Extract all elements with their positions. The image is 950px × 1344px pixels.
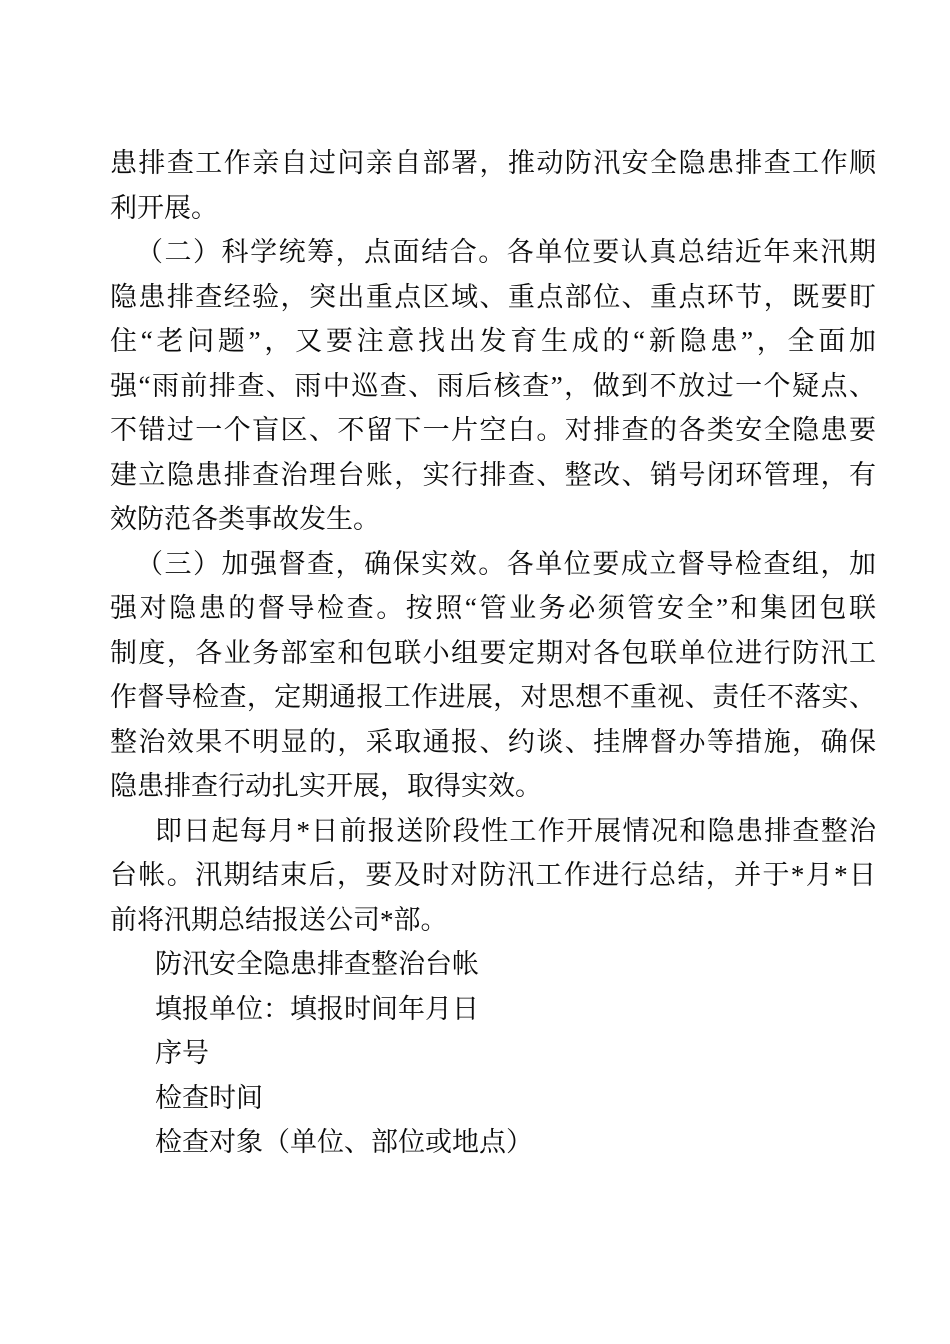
text-line: 效防范各类事故发生。 (110, 497, 876, 542)
text-line: 台帐。汛期结束后，要及时对防汛工作进行总结，并于*月*日 (110, 853, 876, 898)
text-line: 即日起每月*日前报送阶段性工作开展情况和隐患排查整治 (110, 809, 876, 854)
text-line: （三）加强督查，确保实效。各单位要成立督导检查组，加 (110, 542, 876, 587)
text-line: 填报单位：填报时间年月日 (110, 987, 876, 1032)
text-line: 住“老问题”，又要注意找出发育生成的“新隐患”，全面加 (110, 319, 876, 364)
text-line: 隐患排查经验，突出重点区域、重点部位、重点环节，既要盯 (110, 275, 876, 320)
text-line: 隐患排查行动扎实开展，取得实效。 (110, 764, 876, 809)
text-line: 患排查工作亲自过问亲自部署，推动防汛安全隐患排查工作顺 (110, 141, 876, 186)
text-line: 防汛安全隐患排查整治台帐 (110, 942, 876, 987)
text-line: 前将汛期总结报送公司*部。 (110, 898, 876, 943)
text-line: 检查时间 (110, 1076, 876, 1121)
text-line: 检查对象（单位、部位或地点） (110, 1120, 876, 1165)
document-body: 患排查工作亲自过问亲自部署，推动防汛安全隐患排查工作顺 利开展。 （二）科学统筹… (110, 141, 876, 1165)
text-line: 作督导检查，定期通报工作进展，对思想不重视、责任不落实、 (110, 675, 876, 720)
text-line: 不错过一个盲区、不留下一片空白。对排查的各类安全隐患要 (110, 408, 876, 453)
text-line: 制度，各业务部室和包联小组要定期对各包联单位进行防汛工 (110, 631, 876, 676)
text-line: 强对隐患的督导检查。按照“管业务必须管安全”和集团包联 (110, 586, 876, 631)
document-page: 患排查工作亲自过问亲自部署，推动防汛安全隐患排查工作顺 利开展。 （二）科学统筹… (0, 0, 950, 1344)
text-line: 建立隐患排查治理台账，实行排查、整改、销号闭环管理，有 (110, 453, 876, 498)
text-line: 整治效果不明显的，采取通报、约谈、挂牌督办等措施，确保 (110, 720, 876, 765)
text-line: 利开展。 (110, 186, 876, 231)
text-line: 序号 (110, 1031, 876, 1076)
text-line: （二）科学统筹，点面结合。各单位要认真总结近年来汛期 (110, 230, 876, 275)
text-line: 强“雨前排查、雨中巡查、雨后核查”，做到不放过一个疑点、 (110, 364, 876, 409)
